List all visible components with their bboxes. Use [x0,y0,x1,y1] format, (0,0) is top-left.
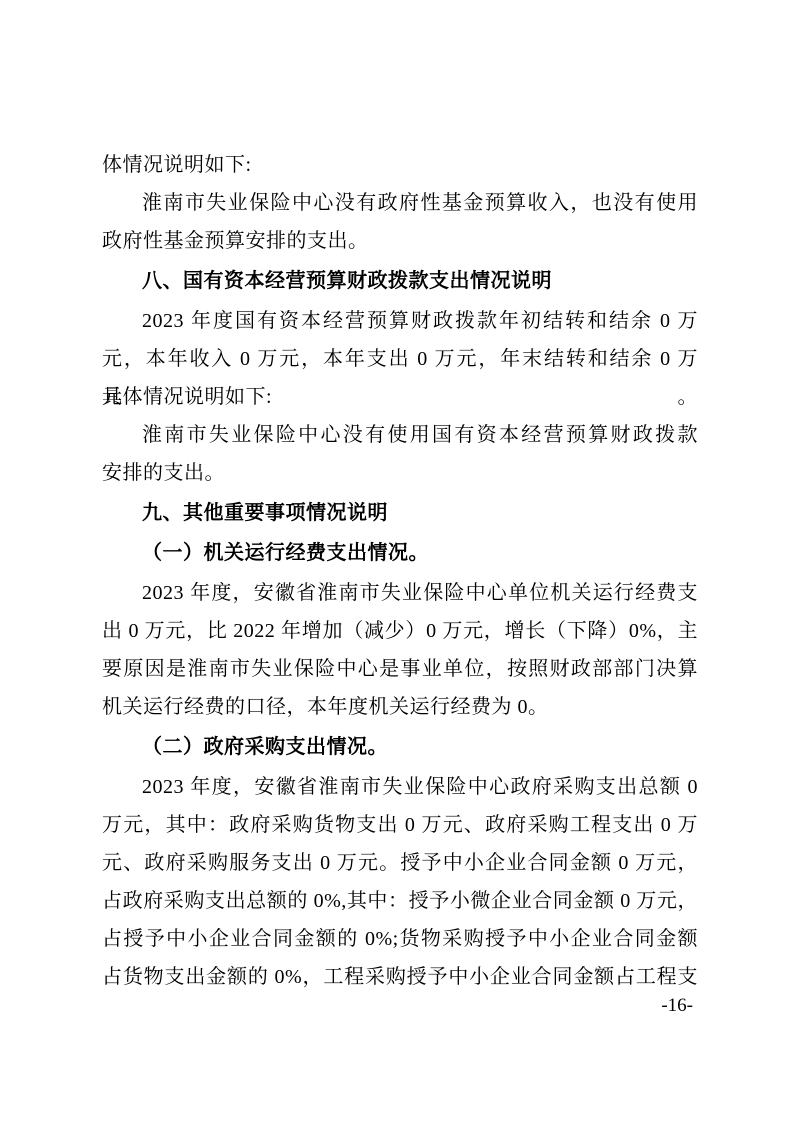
text-line: 元，本年收入 0 万元，本年支出 0 万元，年末结转和结余 0 万元。 [102,340,698,378]
section-heading-9: 九、其他重要事项情况说明 [102,494,698,532]
document-body: 体情况说明如下: 淮南市失业保险中心没有政府性基金预算收入，也没有使用 政府性基… [102,146,698,996]
text-line: 机关运行经费的口径，本年度机关运行经费为 0。 [102,688,698,726]
document-page: 体情况说明如下: 淮南市失业保险中心没有政府性基金预算收入，也没有使用 政府性基… [0,0,793,1122]
text-line: 淮南市失业保险中心没有使用国有资本经营预算财政拨款 [102,416,698,454]
subsection-heading-2: （二）政府采购支出情况。 [102,728,698,766]
text-line: 2023 年度国有资本经营预算财政拨款年初结转和结余 0 万 [102,302,698,340]
page-number: -16- [661,994,693,1018]
text-line: 万元，其中：政府采购货物支出 0 万元、政府采购工程支出 0 万 [102,806,698,844]
text-line: 2023 年度，安徽省淮南市失业保险中心政府采购支出总额 0 [102,768,698,806]
text-line: 出 0 万元，比 2022 年增加（减少）0 万元，增长（下降）0%，主 [102,612,698,650]
text-line: 元、政府采购服务支出 0 万元。授予中小企业合同金额 0 万元， [102,844,698,882]
text-line: 占授予中小企业合同金额的 0%;货物采购授予中小企业合同金额 [102,920,698,958]
subsection-heading-1: （一）机关运行经费支出情况。 [102,534,698,572]
text-line: 安排的支出。 [102,454,698,492]
text-line: 淮南市失业保险中心没有政府性基金预算收入，也没有使用 [102,184,698,222]
text-line: 2023 年度，安徽省淮南市失业保险中心单位机关运行经费支 [102,574,698,612]
text-line: 占货物支出金额的 0%，工程采购授予中小企业合同金额占工程支 [102,958,698,996]
text-line: 占政府采购支出总额的 0%,其中：授予小微企业合同金额 0 万元， [102,882,698,920]
section-heading-8: 八、国有资本经营预算财政拨款支出情况说明 [102,262,698,300]
text-line: 要原因是淮南市失业保险中心是事业单位，按照财政部部门决算 [102,650,698,688]
text-line: 体情况说明如下: [102,146,698,184]
text-line: 政府性基金预算安排的支出。 [102,222,698,260]
